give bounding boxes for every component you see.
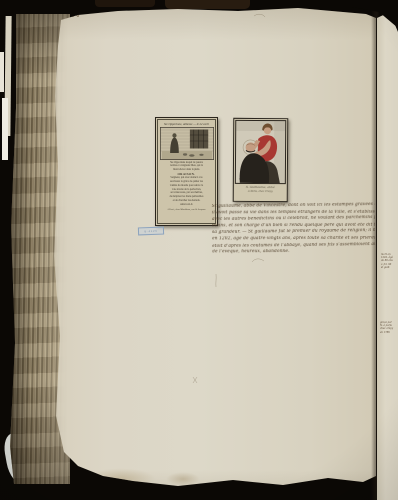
album-page: 194 Ste Opportune, abbesse — le 22 avril	[48, 6, 376, 496]
card-title: Ste Opportune, abbesse — le 22 avril	[160, 122, 214, 127]
page-edge-sliver	[0, 52, 4, 92]
facing-page-edge: mort en 1202, âgé de 80 ans v. fol. 96 s…	[377, 10, 398, 500]
card-ruled-frame: Ste Opportune, abbesse — le 22 avril	[157, 119, 216, 224]
album-page-scan: 194 Ste Opportune, abbesse — le 22 avril	[0, 0, 398, 500]
barred-window	[189, 129, 207, 148]
background-shadow-blob	[95, 0, 155, 7]
margin-note-block: gravé par N. à paris chez crépy en 1786	[380, 321, 393, 334]
engraved-scene	[160, 127, 214, 160]
card-imprint-line: A Paris, chez Mondhare, rue St Jacques.	[160, 208, 214, 211]
print-caption: S. Guillaume, abbé	[234, 185, 287, 189]
print-imprint: A Paris, chez Crépy	[234, 190, 287, 193]
margin-note-block: mort en 1202, âgé de 80 ans v. fol. 96 s…	[381, 253, 393, 269]
paper-stain	[86, 468, 156, 490]
card-text-block: Ste Opportune naquit de parens nobles et…	[160, 161, 214, 207]
handwriting-line: de l'évêque, heureux, abandonné.	[212, 249, 375, 256]
margin-note-line: st guill.	[381, 266, 393, 269]
page-edge-sliver	[2, 98, 8, 160]
margin-note-line: en 1786	[380, 331, 393, 334]
saint-guillaume-engraving	[236, 121, 285, 183]
handwritten-annotation: St guillaume, abbé de Vincestre, dont on…	[212, 202, 375, 259]
background-shadow-blob	[165, 0, 250, 9]
paper-stain	[166, 472, 200, 486]
card-text-line: Ainsi soit-il.	[160, 203, 214, 207]
right-coloured-print: S. Guillaume, abbé A Paris, chez Crépy	[233, 118, 289, 202]
left-engraved-card: Ste Opportune, abbesse — le 22 avril	[155, 117, 218, 226]
collector-stamp: B·4126	[138, 227, 164, 236]
